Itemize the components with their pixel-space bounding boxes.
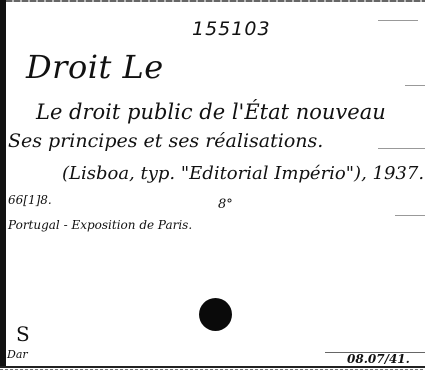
section-mark: S xyxy=(16,322,30,346)
cataloger-initials: Dar xyxy=(7,348,28,361)
main-heading: Droit Le xyxy=(26,48,164,86)
card-top-edge xyxy=(6,0,425,2)
ruled-line xyxy=(405,85,425,86)
accession-number: 155103 xyxy=(192,18,271,40)
card-bottom-edge-shadow xyxy=(0,369,425,370)
title-line-1: Le droit public de l'État nouveau xyxy=(36,100,386,124)
ruled-line xyxy=(378,20,418,21)
punch-hole xyxy=(199,298,232,331)
card-left-edge xyxy=(0,0,6,368)
ruled-line xyxy=(378,148,425,149)
ruled-line xyxy=(395,215,425,216)
catalog-card: 155103 Droit Le Le droit public de l'Éta… xyxy=(0,0,425,368)
title-line-2: Ses principes et ses réalisations. xyxy=(8,130,323,152)
format-size: 8° xyxy=(218,197,233,212)
imprint: (Lisboa, typ. "Editorial Império"), 1937… xyxy=(62,163,424,184)
catalog-date: 08.07/41. xyxy=(347,352,410,366)
call-number: 66[1]8. xyxy=(8,193,52,207)
subject-heading: Portugal - Exposition de Paris. xyxy=(8,218,192,232)
card-bottom-edge xyxy=(0,366,425,368)
